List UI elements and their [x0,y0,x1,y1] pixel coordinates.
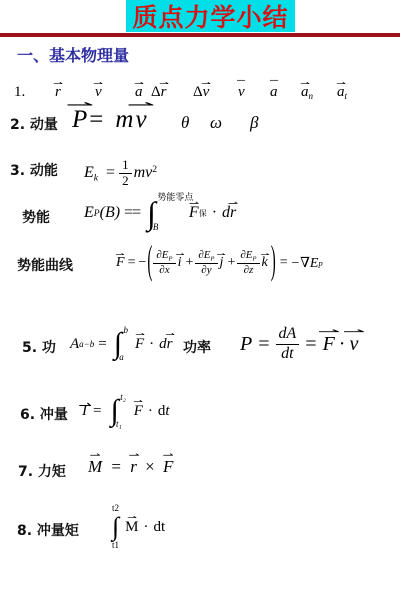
vector-M: ⇀M [125,519,138,536]
vector-symbol-r: ⇀r [55,84,61,101]
symbol-v-average: ¯v [238,84,245,101]
vector-F: ⇀F [323,333,335,356]
divider-rule [0,33,400,37]
vector-F: ⇀F [135,336,144,353]
item-6-label: 6. 冲量 [20,404,68,424]
potential-curve-label: 势能曲线 [17,255,73,275]
momentum-formula: ⇀P=m⇀v [72,106,147,134]
integral-sign: t2 ∫ t1 [112,504,119,549]
torque-formula: ⇀M = ⇀r × ⇀F [88,457,173,477]
vector-F: ⇀F [163,457,173,477]
power-label: 功率 [183,337,211,357]
symbol-beta: β [250,113,258,133]
vector-symbol-a-t: ⇀at [337,84,347,101]
potential-curve-formula: ⇀F =−( ∂EP∂x ⇀i + ∂EP∂y ⇀j + ∂EP∂z ⇀k ) … [116,240,323,286]
vector-P: ⇀P [72,106,87,134]
item-7-label: 7. 力矩 [18,461,66,481]
potential-energy-formula: EP(B) == ∫势能零点B ⇀F保 ·d⇀r [84,196,236,230]
vector-F-conservative: ⇀F [189,204,199,222]
vector-symbol-delta-v: Δ⇀v [193,84,209,101]
item-5-label: 5. 功 [22,337,56,357]
vector-F: ⇀F [116,255,125,271]
vector-M: ⇀M [88,457,102,477]
vector-symbol-a-n: ⇀an [301,84,313,101]
symbol-theta: θ [181,113,189,133]
integral-sign: ∫ba [114,329,126,360]
slide-title: 质点力学小结 [126,0,295,32]
integral-sign: ∫t₂t₁ [110,396,122,427]
kinetic-energy-formula: Ek =12mv2 [84,158,157,189]
vector-v: ⇀v [349,333,358,356]
vector-dr: ⇀r [230,204,236,222]
vector-dr: ⇀r [167,336,173,353]
vector-F: ⇀F [134,403,143,420]
vector-I: ⇀I [82,403,87,420]
item-2-label: 2. 动量 [10,114,58,134]
symbol-omega: ω [210,113,222,133]
vector-r: ⇀r [130,457,137,477]
vector-symbol-v: ⇀v [95,84,102,101]
work-formula: Aa−b = ∫ba ⇀F ·d⇀r [70,326,172,362]
item-8-label: 8. 冲量矩 [17,520,79,540]
impulse-formula: ⇀I = ∫t₂t₁ ⇀F ·dt [82,393,170,429]
item-1-number: 1. [14,84,25,101]
item-3-label: 3. 动能 [10,160,58,180]
unit-vector-i: ⇀i [178,255,182,271]
unit-vector-k: ⇀k [262,255,268,271]
integral-sign: ∫势能零点B [147,197,160,230]
symbol-a-average: ¯a [270,84,278,101]
section-heading: 一、基本物理量 [17,43,129,66]
power-formula: P = dAdt = ⇀F · ⇀v [240,321,358,367]
unit-vector-j: ⇀j [220,255,224,271]
potential-energy-label: 势能 [22,207,50,227]
vector-v: ⇀v [135,106,146,134]
slide: 质点力学小结 一、基本物理量 1. ⇀r ⇀v ⇀a Δ⇀r Δ⇀v ¯v ¯a… [0,0,400,600]
angular-impulse-formula: t2 ∫ t1 ⇀M · dt [112,498,165,556]
